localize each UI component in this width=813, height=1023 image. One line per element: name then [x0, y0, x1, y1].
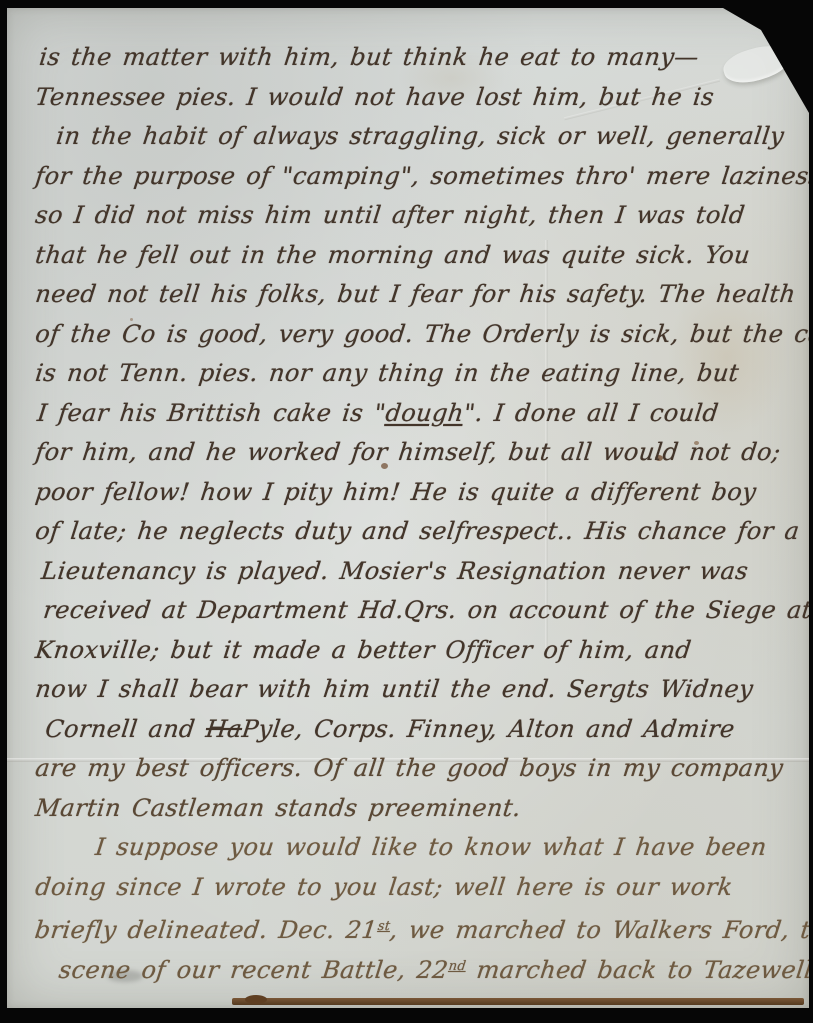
letter-line: in the habit of always straggling, sick … [54, 117, 806, 157]
letter-line-segment: I fear his Brittish cake is " [36, 399, 388, 427]
letter-line-segment: Pyle, Corps. Finney, Alton and Admire [240, 715, 736, 743]
letter-line: of late; he neglects duty and selfrespec… [33, 512, 806, 552]
letter-line-segment: so I did not miss him until after night,… [34, 201, 747, 229]
letter-line: are my best officers. Of all the good bo… [33, 749, 806, 789]
letter-line: doing since I wrote to you last; well he… [33, 868, 806, 908]
letter-line-segment: Lieutenancy is played. Mosier's Resignat… [40, 557, 750, 585]
letter-line: Lieutenancy is played. Mosier's Resignat… [39, 552, 806, 592]
letter-line-segment: , we marched to Walkers Ford, the [388, 916, 813, 944]
letter-line: of the Co is good, very good. The Orderl… [33, 315, 806, 355]
letter-line-segment: Cornell and [44, 715, 208, 743]
letter-line-segment: Ha [204, 715, 243, 743]
letter-line: I fear his Brittish cake is "dough". I d… [35, 394, 806, 434]
letter-line: for the purpose of "camping", sometimes … [33, 157, 806, 197]
letter-line-segment: are my best officers. Of all the good bo… [34, 754, 785, 782]
letter-line: need not tell his folks, but I fear for … [33, 275, 806, 315]
letter-line-segment: of late; he neglects duty and selfrespec… [34, 517, 801, 545]
letter-line: I suppose you would like to know what I … [93, 828, 806, 868]
letter-line-segment: Martin Castleman stands preeminent. [34, 794, 523, 822]
letter-line: that he fell out in the morning and was … [33, 236, 806, 276]
letter-line-segment: Tennessee pies. I would not have lost hi… [34, 83, 716, 111]
letter-line: Martin Castleman stands preeminent. [33, 789, 806, 829]
scanned-letter-background: is the matter with him, but think he eat… [0, 0, 813, 1023]
letter-line-segment: of the Co is good, very good. The Orderl… [34, 320, 813, 348]
letter-line-segment: dough [384, 399, 466, 427]
letter-line: briefly delineated. Dec. 21st, we marche… [33, 907, 806, 947]
letter-line-segment: marched back to Tazewell. [464, 956, 813, 984]
letter-line-segment: Knoxville; but it made a better Officer … [34, 636, 693, 664]
page-edge-wear [245, 995, 267, 1004]
letter-line: received at Department Hd.Qrs. on accoun… [41, 591, 806, 631]
letter-line-segment: doing since I wrote to you last; well he… [34, 873, 735, 901]
letter-line-segment: poor fellow! how I pity him! He is quite… [34, 478, 758, 506]
letter-line: Cornell and HaPyle, Corps. Finney, Alton… [43, 710, 806, 750]
letter-line-segment: I suppose you would like to know what I … [94, 833, 769, 861]
letter-line: now I shall bear with him until the end.… [33, 670, 806, 710]
letter-line-segment: ". I done all I could [462, 399, 720, 427]
letter-line-segment: for the purpose of "camping", sometimes … [34, 162, 813, 190]
letter-line: is not Tenn. pies. nor any thing in the … [33, 354, 806, 394]
letter-line-segment: is the matter with him, but think he eat… [38, 43, 701, 71]
letter-text-block: is the matter with him, but think he eat… [33, 38, 801, 986]
letter-page: is the matter with him, but think he eat… [7, 8, 809, 1008]
letter-line: for him, and he worked for himself, but … [33, 433, 806, 473]
letter-line: Knoxville; but it made a better Officer … [33, 631, 806, 671]
letter-line: Tennessee pies. I would not have lost hi… [33, 78, 806, 118]
letter-line-segment: scene of our recent Battle, 22 [57, 956, 450, 984]
letter-line-segment: in the habit of always straggling, sick … [55, 122, 786, 150]
letter-line-segment: briefly delineated. Dec. 21 [33, 916, 379, 944]
letter-line: poor fellow! how I pity him! He is quite… [33, 473, 806, 513]
letter-line-segment: now I shall bear with him until the end.… [34, 675, 755, 703]
letter-line: is the matter with him, but think he eat… [37, 38, 806, 78]
letter-line-segment: need not tell his folks, but I fear for … [34, 280, 798, 308]
letter-line: scene of our recent Battle, 22nd marched… [57, 947, 806, 987]
letter-line-segment: for him, and he worked for himself, but … [34, 438, 782, 466]
letter-line: so I did not miss him until after night,… [33, 196, 806, 236]
letter-line-segment: nd [448, 959, 467, 974]
letter-line-segment: received at Department Hd.Qrs. on accoun… [42, 596, 813, 624]
letter-line-segment: is not Tenn. pies. nor any thing in the … [34, 359, 741, 387]
letter-line-segment: that he fell out in the morning and was … [34, 241, 752, 269]
page-bottom-edge [232, 998, 804, 1005]
